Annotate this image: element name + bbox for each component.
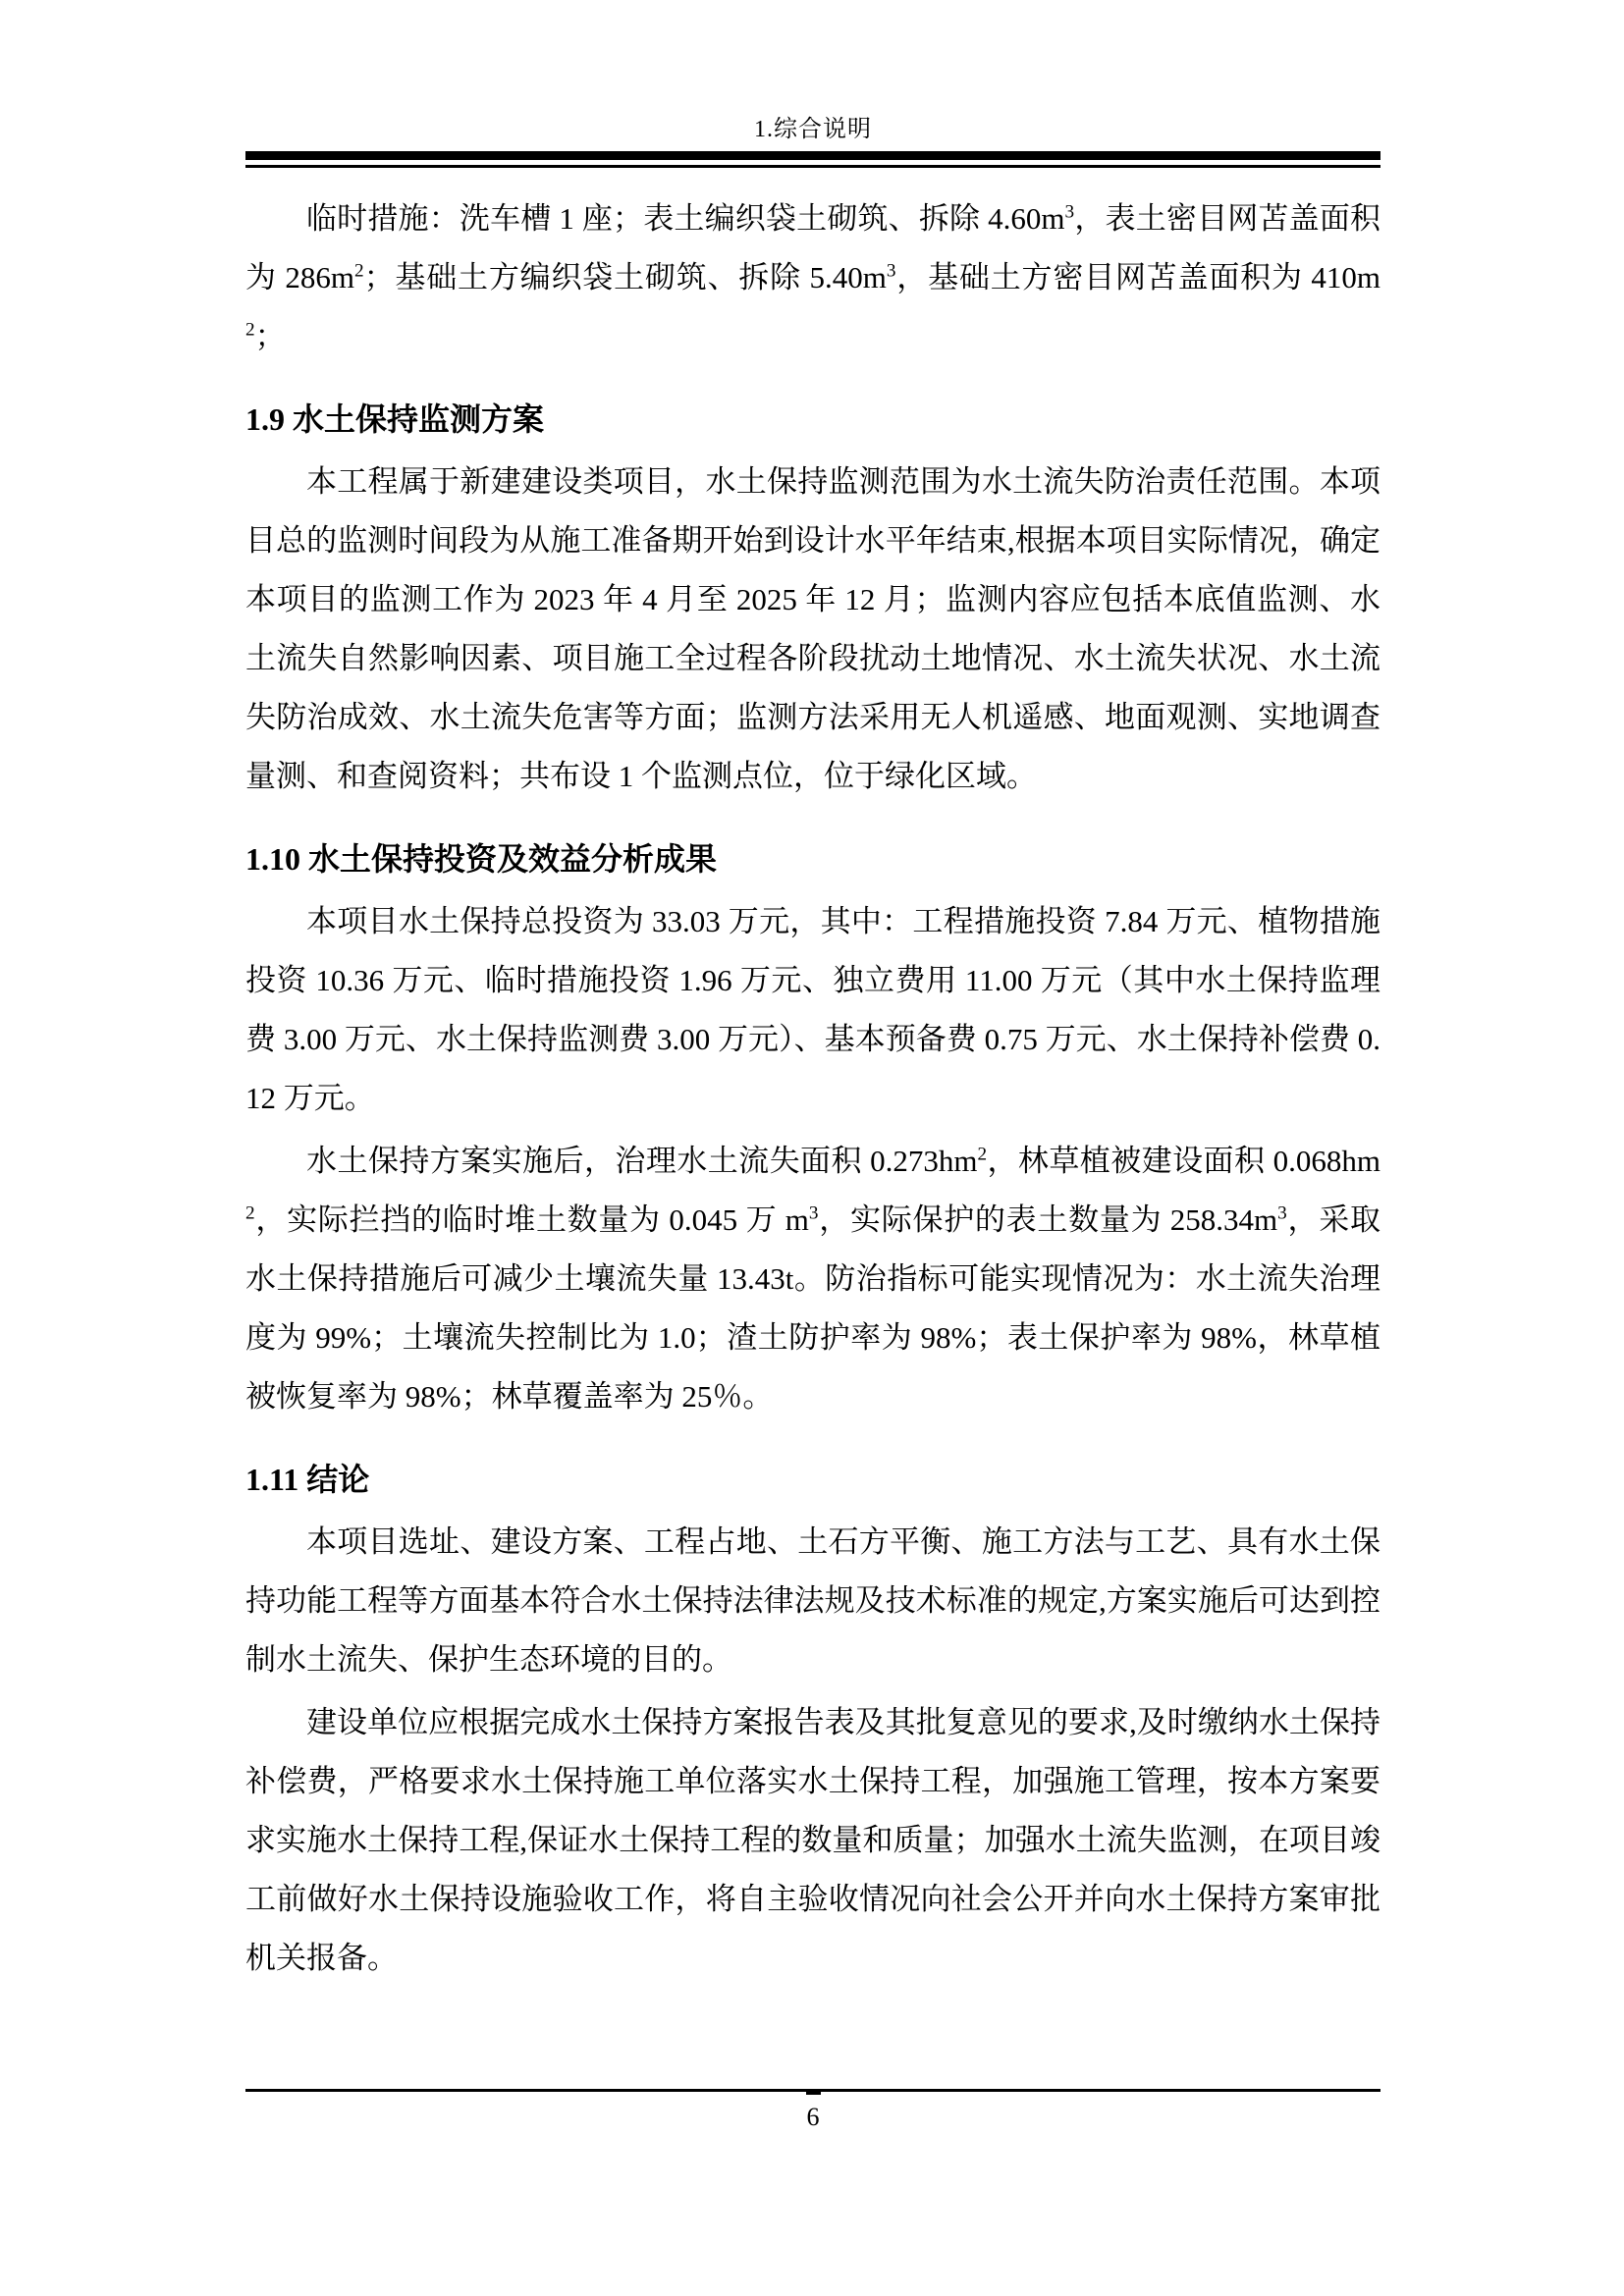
page-content: 1.综合说明 临时措施：洗车槽 1 座；表土编织袋土砌筑、拆除 4.60m3，表… [245, 114, 1380, 1992]
header-rule-thick [245, 151, 1380, 160]
header-rule-thin [245, 165, 1380, 168]
paragraph-conclusion-compliance: 本项目选址、建设方案、工程占地、土石方平衡、施工方法与工艺、具有水土保持功能工程… [245, 1513, 1380, 1689]
paragraph-temporary-measures: 临时措施：洗车槽 1 座；表土编织袋土砌筑、拆除 4.60m3，表土密目网苫盖面… [245, 189, 1380, 366]
heading-1-11-conclusion: 1.11 结论 [245, 1450, 1380, 1509]
page-footer: 6 [245, 2089, 1380, 2132]
paragraph-conclusion-requirements: 建设单位应根据完成水土保持方案报告表及其批复意见的要求,及时缴纳水土保持补偿费，… [245, 1693, 1380, 1988]
paragraph-benefit-targets: 水土保持方案实施后，治理水土流失面积 0.273hm2，林草植被建设面积 0.0… [245, 1132, 1380, 1426]
header-title: 1.综合说明 [245, 114, 1380, 145]
page-number: 6 [245, 2103, 1380, 2132]
heading-1-10-investment-benefit: 1.10 水土保持投资及效益分析成果 [245, 829, 1380, 888]
paragraph-investment: 本项目水土保持总投资为 33.03 万元，其中：工程措施投资 7.84 万元、植… [245, 892, 1380, 1128]
document-page: 1.综合说明 临时措施：洗车槽 1 座；表土编织袋土砌筑、拆除 4.60m3，表… [0, 0, 1624, 2296]
paragraph-monitoring-plan: 本工程属于新建建设类项目，水土保持监测范围为水土流失防治责任范围。本项目总的监测… [245, 453, 1380, 806]
document-body: 临时措施：洗车槽 1 座；表土编织袋土砌筑、拆除 4.60m3，表土密目网苫盖面… [245, 189, 1380, 1988]
footer-dash [806, 2090, 821, 2095]
heading-1-9-monitoring-plan: 1.9 水土保持监测方案 [245, 390, 1380, 449]
page-header: 1.综合说明 [245, 114, 1380, 168]
